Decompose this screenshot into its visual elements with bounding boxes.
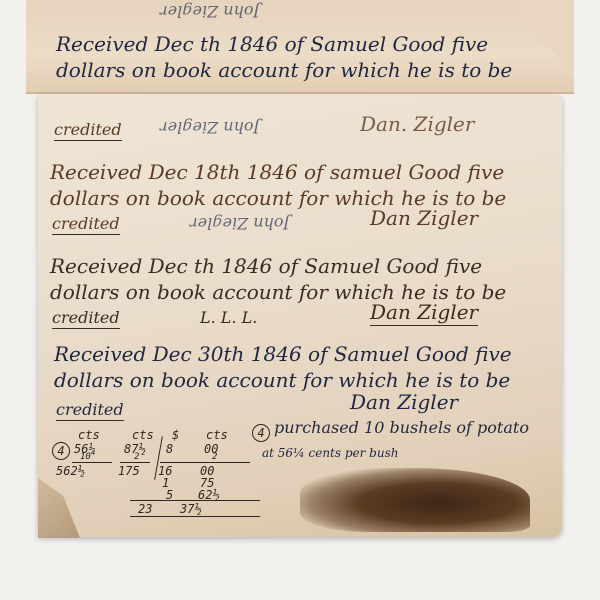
calc-header-2: cts [132,428,154,442]
circled-number-left: 4 [52,442,70,460]
calc-rule [72,462,112,463]
calc-cell: 8 [166,442,173,456]
receipt-2-credited: credited [52,308,120,329]
calc-header-4: cts [206,428,228,442]
calc-cell: 562½ [56,464,85,478]
receipt-2-signer: Dan Zigler [370,300,478,326]
calc-cell: 2 [134,452,139,462]
reversed-signature-prev: John Ziegler [160,2,260,21]
calc-rule [130,500,260,501]
receipt-1-reversed-signature: John Ziegler [190,214,290,233]
prev-receipt-line1: Received Dec th 1846 of Samuel Good five [56,32,488,56]
credited-label: credited [54,120,122,141]
calc-rule [130,516,260,517]
reversed-signature: John Ziegler [160,118,260,137]
calc-header-1: cts [78,428,100,442]
potato-note-line1: purchased 10 bushels of potato [274,418,529,437]
signer: Dan. Zigler [360,112,474,136]
calc-total: 37½ [180,502,202,516]
receipt-3-credited: credited [56,400,124,421]
calc-cell: 2 [212,452,217,462]
calc-rule [160,462,250,463]
prev-receipt-line2: dollars on book account for which he is … [56,58,512,82]
receipt-3-line1: Received Dec 30th 1846 of Samuel Good fi… [54,342,512,366]
calc-cell: 10 [80,452,91,462]
receipt-2-line1: Received Dec th 1846 of Samuel Good five [50,254,482,278]
receipt-1-line1: Received Dec 18th 1846 of samuel Good fi… [50,160,504,184]
calc-header-3: $ [172,428,179,442]
potato-note-line2: at 56¼ cents per bush [262,446,398,460]
calc-total: 23 [138,502,152,516]
calc-rule [120,462,150,463]
calc-cell: 175 [118,464,140,478]
receipt-3-line2: dollars on book account for which he is … [54,368,510,392]
receipt-1-credited: credited [52,214,120,235]
ink-stain [300,468,530,532]
receipt-1-signer: Dan Zigler [370,206,478,230]
receipt-2-initials: L. L. L. [200,308,257,327]
receipt-3-signer: Dan Zigler [350,390,458,414]
circled-number-right: 4 [252,424,270,442]
